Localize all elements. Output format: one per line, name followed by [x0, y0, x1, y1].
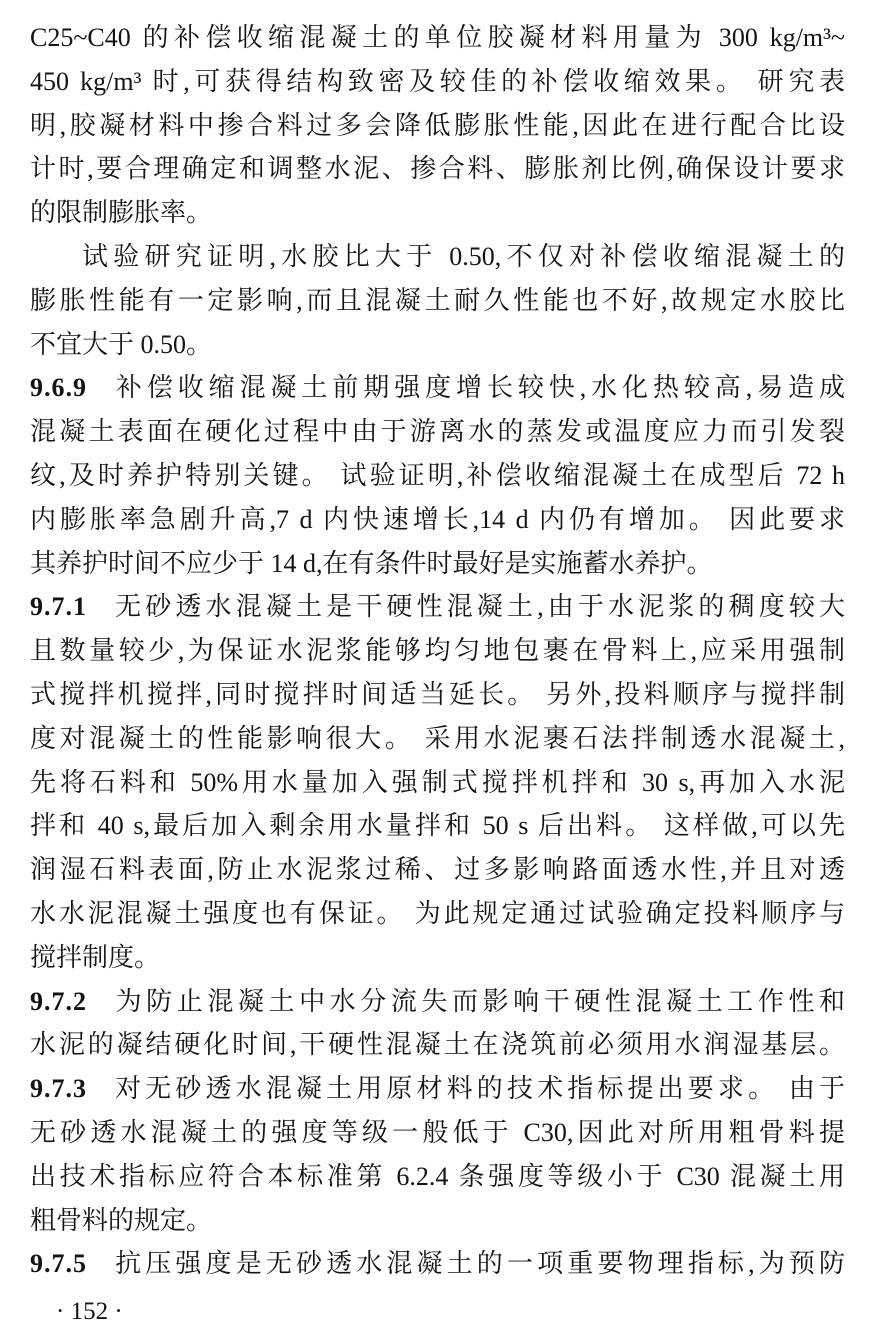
section-number: 9.7.2 [30, 987, 87, 1016]
text-line: 9.7.2为防止混凝土中水分流失而影响干硬性混凝土工作性和 [30, 980, 845, 1024]
text-line: 出技术指标应符合本标准第 6.2.4 条强度等级小于 C30 混凝土用 [30, 1155, 845, 1199]
text-line: 试验研究证明,水胶比大于 0.50,不仅对补偿收缩混凝土的 [30, 235, 845, 279]
text-line: 其养护时间不应少于 14 d,在有条件时最好是实施蓄水养护。 [30, 542, 845, 586]
section-number: 9.7.5 [30, 1249, 87, 1278]
section-text: 对无砂透水混凝土用原材料的技术指标提出要求。 由于 [111, 1074, 845, 1103]
text-line: 拌和 40 s,最后加入剩余用水量拌和 50 s 后出料。 这样做,可以先 [30, 804, 845, 848]
section-text: 为防止混凝土中水分流失而影响干硬性混凝土工作性和 [111, 987, 845, 1016]
text-line: 粗骨料的规定。 [30, 1199, 845, 1243]
section-number: 9.7.3 [30, 1074, 87, 1103]
section-text: 无砂透水混凝土是干硬性混凝土,由于水泥浆的稠度较大 [111, 592, 845, 621]
text-line: 膨胀性能有一定影响,而且混凝土耐久性能也不好,故规定水胶比 [30, 279, 845, 323]
text-line: 9.7.1无砂透水混凝土是干硬性混凝土,由于水泥浆的稠度较大 [30, 585, 845, 629]
text-line: 水泥的凝结硬化时间,干硬性混凝土在浇筑前必须用水润湿基层。 [30, 1023, 845, 1067]
text-line: 9.7.3对无砂透水混凝土用原材料的技术指标提出要求。 由于 [30, 1067, 845, 1111]
text-line: 且数量较少,为保证水泥浆能够均匀地包裹在骨料上,应采用强制 [30, 629, 845, 673]
text-line: 计时,要合理确定和调整水泥、掺合料、膨胀剂比例,确保设计要求 [30, 147, 845, 191]
text-line: 式搅拌机搅拌,同时搅拌时间适当延长。 另外,投料顺序与搅拌制 [30, 673, 845, 717]
text-line: 润湿石料表面,防止水泥浆过稀、过多影响路面透水性,并且对透 [30, 848, 845, 892]
text-line: 内膨胀率急剧升高,7 d 内快速增长,14 d 内仍有增加。 因此要求 [30, 498, 845, 542]
text-line: 的限制膨胀率。 [30, 191, 845, 235]
text-line: 450 kg/m³ 时,可获得结构致密及较佳的补偿收缩效果。 研究表 [30, 60, 845, 104]
text-line: 不宜大于 0.50。 [30, 323, 845, 367]
text-line: 无砂透水混凝土的强度等级一般低于 C30,因此对所用粗骨料提 [30, 1111, 845, 1155]
text-line: 搅拌制度。 [30, 936, 845, 980]
text-line: 9.6.9补偿收缩混凝土前期强度增长较快,水化热较高,易造成 [30, 366, 845, 410]
section-text: 抗压强度是无砂透水混凝土的一项重要物理指标,为预防 [111, 1249, 845, 1278]
text-line: C25~C40 的补偿收缩混凝土的单位胶凝材料用量为 300 kg/m³~ [30, 16, 845, 60]
text-line: 混凝土表面在硬化过程中由于游离水的蒸发或温度应力而引发裂 [30, 410, 845, 454]
text-line: 明,胶凝材料中掺合料过多会降低膨胀性能,因此在进行配合比设 [30, 104, 845, 148]
section-number: 9.6.9 [30, 373, 87, 402]
text-line: 水水泥混凝土强度也有保证。 为此规定通过试验确定投料顺序与 [30, 892, 845, 936]
page-number: · 152 · [30, 1292, 845, 1332]
document-page: C25~C40 的补偿收缩混凝土的单位胶凝材料用量为 300 kg/m³~ 45… [0, 0, 874, 1343]
text-line: 纹,及时养护特别关键。 试验证明,补偿收缩混凝土在成型后 72 h [30, 454, 845, 498]
section-number: 9.7.1 [30, 592, 87, 621]
text-line: 先将石料和 50%用水量加入强制式搅拌机拌和 30 s,再加入水泥 [30, 761, 845, 805]
text-line: 9.7.5抗压强度是无砂透水混凝土的一项重要物理指标,为预防 [30, 1242, 845, 1286]
section-text: 补偿收缩混凝土前期强度增长较快,水化热较高,易造成 [111, 373, 845, 402]
text-line: 度对混凝土的性能影响很大。 采用水泥裹石法拌制透水混凝土, [30, 717, 845, 761]
